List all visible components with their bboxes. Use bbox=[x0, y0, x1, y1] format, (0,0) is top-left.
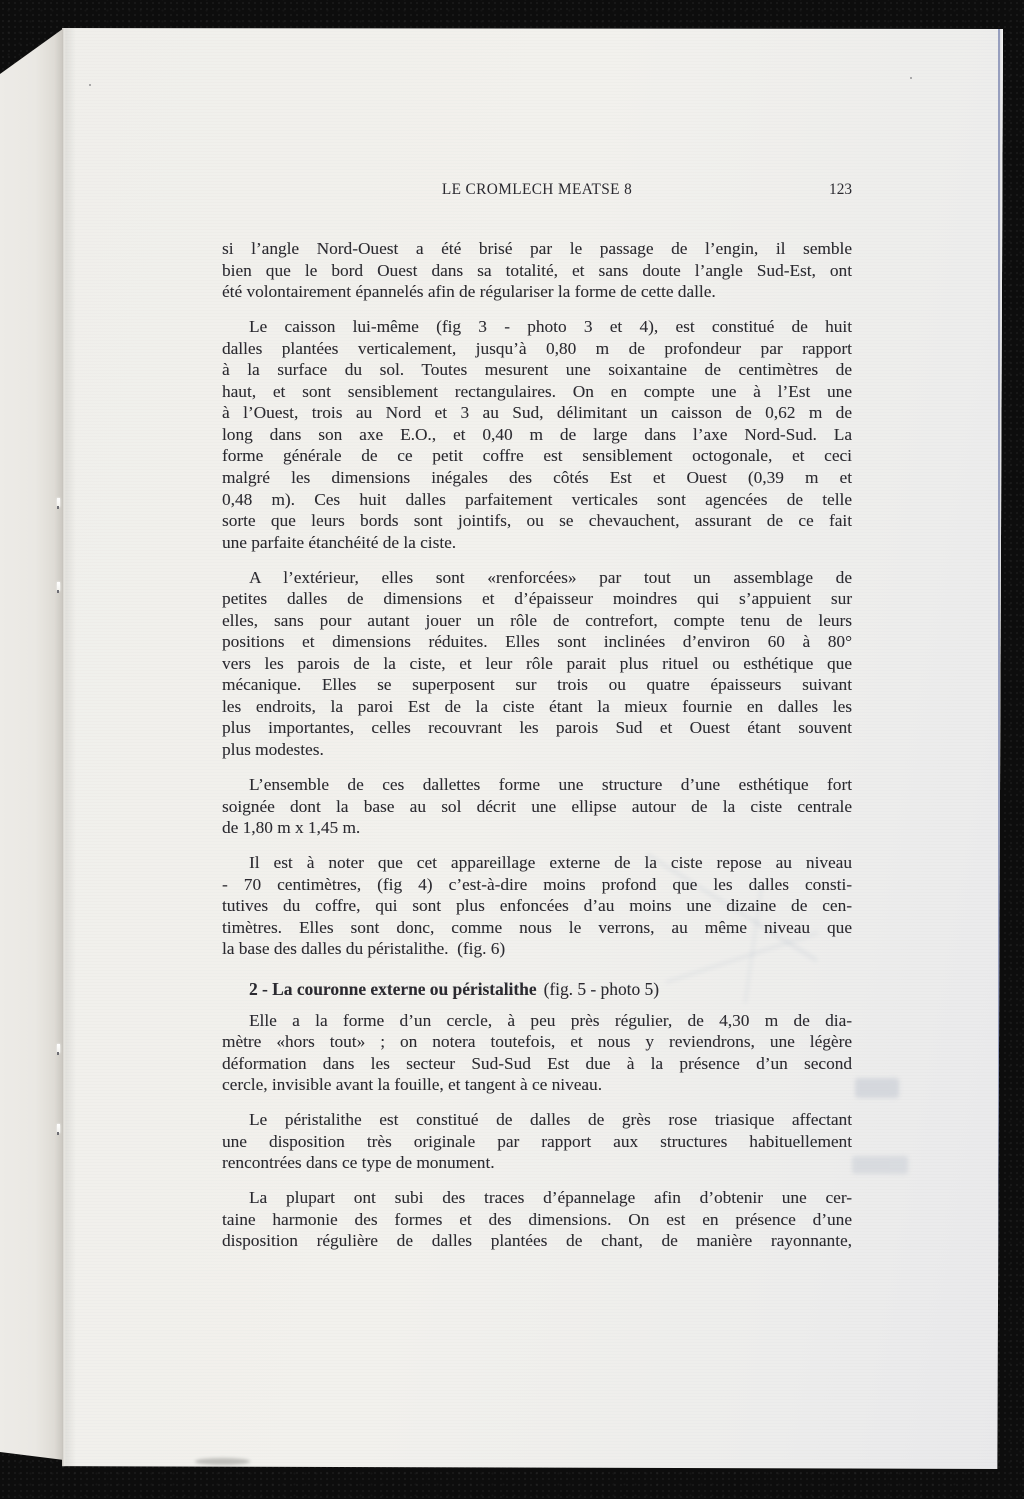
text-line: A l’extérieur, elles sont «renforcées» p… bbox=[222, 567, 852, 589]
book-page: LE CROMLECH MEATSE 8 123 si l’angle Nord… bbox=[62, 28, 1003, 1469]
text-line: cercle, invisible avant la fouille, et t… bbox=[222, 1074, 852, 1096]
text-line: malgré les dimensions inégales des côtés… bbox=[222, 467, 852, 489]
dust-speck bbox=[910, 77, 912, 79]
dust-speck bbox=[89, 84, 91, 86]
text-line: haut, et sont sensiblement rectangulaire… bbox=[222, 381, 852, 403]
page-body: si l’angle Nord-Ouest a été brisé par le… bbox=[222, 238, 852, 1265]
text-line: Elle a la forme d’un cercle, à peu près … bbox=[222, 1010, 852, 1032]
text-line: plus importantes, celles recouvrant les … bbox=[222, 717, 852, 739]
text-line: elles, sans pour autant jouer un rôle de… bbox=[222, 610, 852, 632]
section-heading-figure-ref: (fig. 5 - photo 5) bbox=[544, 979, 659, 999]
text-line: mécanique. Elles se superposent sur troi… bbox=[222, 674, 852, 696]
text-line: une parfaite étanchéité de la ciste. bbox=[222, 532, 852, 554]
text-line: petites dalles de dimensions et d’épaiss… bbox=[222, 588, 852, 610]
text-line: - 70 centimètres, (fig 4) c’est-à-dire m… bbox=[222, 874, 852, 896]
binding-stitch bbox=[57, 582, 60, 591]
paragraph: Le caisson lui-même (fig 3 - photo 3 et … bbox=[222, 316, 852, 553]
text-line: Le péristalithe est constitué de dalles … bbox=[222, 1109, 852, 1131]
running-head-title: LE CROMLECH MEATSE 8 bbox=[222, 181, 852, 199]
text-line: La plupart ont subi des traces d’épannel… bbox=[222, 1187, 852, 1209]
paragraph: Le péristalithe est constitué de dalles … bbox=[222, 1109, 852, 1174]
paragraph: La plupart ont subi des traces d’épannel… bbox=[222, 1187, 852, 1252]
text-line: taine harmonie des formes et des dimensi… bbox=[222, 1209, 852, 1231]
text-line: L’ensemble de ces dallettes forme une st… bbox=[222, 774, 852, 796]
binding-stitch bbox=[57, 1124, 60, 1133]
text-line: à l’Ouest, trois au Nord et 3 au Sud, dé… bbox=[222, 402, 852, 424]
paragraph: Il est à noter que cet appareillage exte… bbox=[222, 852, 852, 960]
text-line: déformation dans les secteur Sud-Sud Est… bbox=[222, 1053, 852, 1075]
paragraph: si l’angle Nord-Ouest a été brisé par le… bbox=[222, 238, 852, 303]
text-line: disposition régulière de dalles plantées… bbox=[222, 1230, 852, 1252]
text-line: si l’angle Nord-Ouest a été brisé par le… bbox=[222, 238, 852, 260]
text-line: la base des dalles du péristalithe. (fig… bbox=[222, 938, 852, 960]
text-line: dalles plantées verticalement, jusqu’à 0… bbox=[222, 338, 852, 360]
paragraph: A l’extérieur, elles sont «renforcées» p… bbox=[222, 567, 852, 761]
binding-stitch bbox=[57, 498, 60, 507]
text-line: long dans son axe E.O., et 0,40 m de lar… bbox=[222, 424, 852, 446]
section-heading-title: 2 - La couronne externe ou péristalithe bbox=[249, 979, 537, 999]
text-line: positions et dimensions réduites. Elles … bbox=[222, 631, 852, 653]
text-line: une disposition très originale par rappo… bbox=[222, 1131, 852, 1153]
binding-stitch bbox=[57, 1044, 60, 1053]
text-line: mètre «hors tout» ; on notera toutefois,… bbox=[222, 1031, 852, 1053]
running-head: LE CROMLECH MEATSE 8 123 bbox=[222, 181, 852, 201]
text-line: de 1,80 m x 1,45 m. bbox=[222, 817, 852, 839]
spine-crease bbox=[62, 28, 76, 1469]
text-line: à la surface du sol. Toutes mesurent une… bbox=[222, 359, 852, 381]
text-line: tutives du coffre, qui sont plus enfoncé… bbox=[222, 895, 852, 917]
paragraph: L’ensemble de ces dallettes forme une st… bbox=[222, 774, 852, 839]
text-line: été volontairement épannelés afin de rég… bbox=[222, 281, 852, 303]
text-line: Il est à noter que cet appareillage exte… bbox=[222, 852, 852, 874]
text-line: 0,48 m). Ces huit dalles parfaitement ve… bbox=[222, 489, 852, 511]
page-edge-smudge bbox=[195, 1458, 250, 1465]
section-heading: 2 - La couronne externe ou péristalithe(… bbox=[222, 979, 852, 1001]
text-line: forme générale de ce petit coffre est se… bbox=[222, 445, 852, 467]
text-line: les endroits, la paroi Est de la ciste é… bbox=[222, 696, 852, 718]
text-line: rencontrées dans ce type de monument. bbox=[222, 1152, 852, 1174]
verso-bleedthrough-mark bbox=[855, 1078, 899, 1098]
text-line: Le caisson lui-même (fig 3 - photo 3 et … bbox=[222, 316, 852, 338]
left-page-edge bbox=[0, 28, 64, 1466]
text-line: bien que le bord Ouest dans sa totalité,… bbox=[222, 260, 852, 282]
text-line: plus modestes. bbox=[222, 739, 852, 761]
paragraph: Elle a la forme d’un cercle, à peu près … bbox=[222, 1010, 852, 1096]
verso-bleedthrough-mark bbox=[852, 1156, 908, 1174]
text-line: soignée dont la base au sol décrit une e… bbox=[222, 796, 852, 818]
text-line: vers les parois de la ciste, et leur rôl… bbox=[222, 653, 852, 675]
text-line: timètres. Elles sont donc, comme nous le… bbox=[222, 917, 852, 939]
page-number: 123 bbox=[829, 181, 852, 199]
text-line: sorte que leurs bords sont jointifs, ou … bbox=[222, 510, 852, 532]
